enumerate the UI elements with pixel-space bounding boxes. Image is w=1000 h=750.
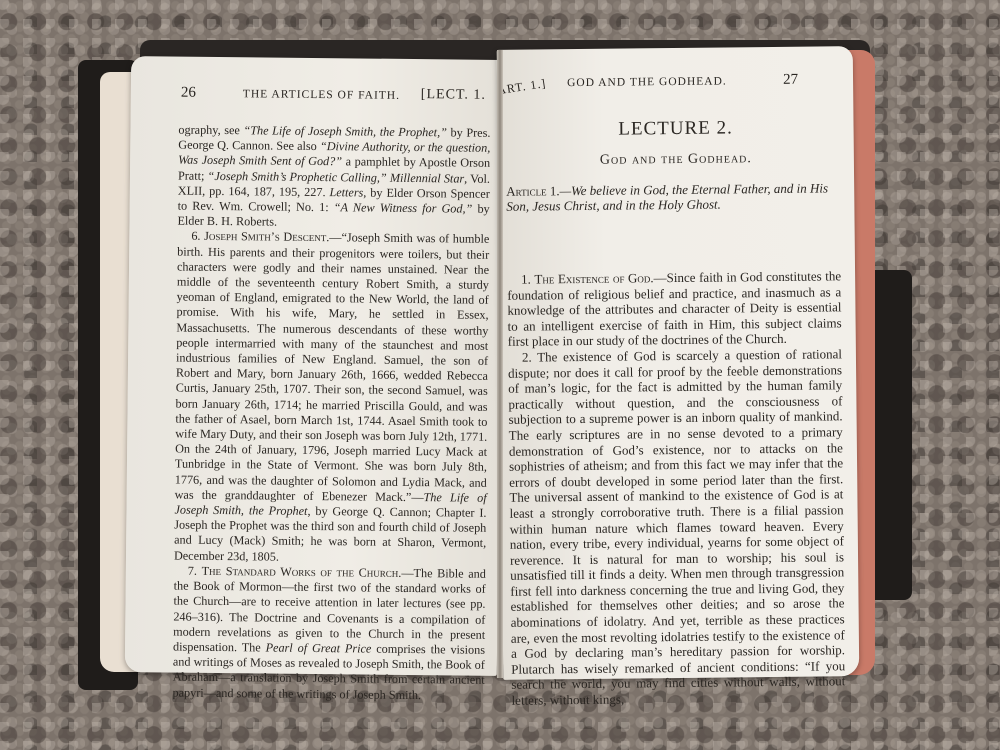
running-section: ART. 1.] bbox=[496, 76, 547, 98]
running-title: THE ARTICLES OF FAITH. bbox=[243, 88, 400, 102]
right-page: ART. 1.] GOD AND THE GODHEAD. 27 LECTURE… bbox=[497, 46, 860, 680]
running-title: GOD AND THE GODHEAD. bbox=[567, 75, 727, 89]
running-section: [LECT. 1. bbox=[421, 87, 486, 104]
paragraph: 7. The Standard Works of the Church.—The… bbox=[172, 563, 485, 703]
lecture-subtitle: God and the Godhead. bbox=[498, 150, 854, 170]
book-gutter bbox=[497, 50, 503, 678]
paragraph: 6. Joseph Smith’s Descent.—“Joseph Smith… bbox=[174, 229, 489, 567]
lecture-title: LECTURE 2. bbox=[497, 116, 853, 142]
paragraph: 1. The Existence of God.—Since faith in … bbox=[507, 268, 842, 349]
page-number: 27 bbox=[783, 72, 798, 89]
article-statement: Article 1.—We believe in God, the Eterna… bbox=[506, 180, 840, 213]
paragraph: ography, see “The Life of Joseph Smith, … bbox=[177, 123, 490, 233]
page-number: 26 bbox=[181, 85, 196, 102]
right-body-text: 1. The Existence of God.—Since faith in … bbox=[507, 268, 846, 708]
left-body-text: ography, see “The Life of Joseph Smith, … bbox=[172, 123, 490, 704]
left-page: 26 THE ARTICLES OF FAITH. [LECT. 1. ogra… bbox=[125, 56, 503, 676]
article-label: Article 1. bbox=[506, 183, 559, 199]
paragraph: 2. The existence of God is scarcely a qu… bbox=[508, 346, 846, 708]
